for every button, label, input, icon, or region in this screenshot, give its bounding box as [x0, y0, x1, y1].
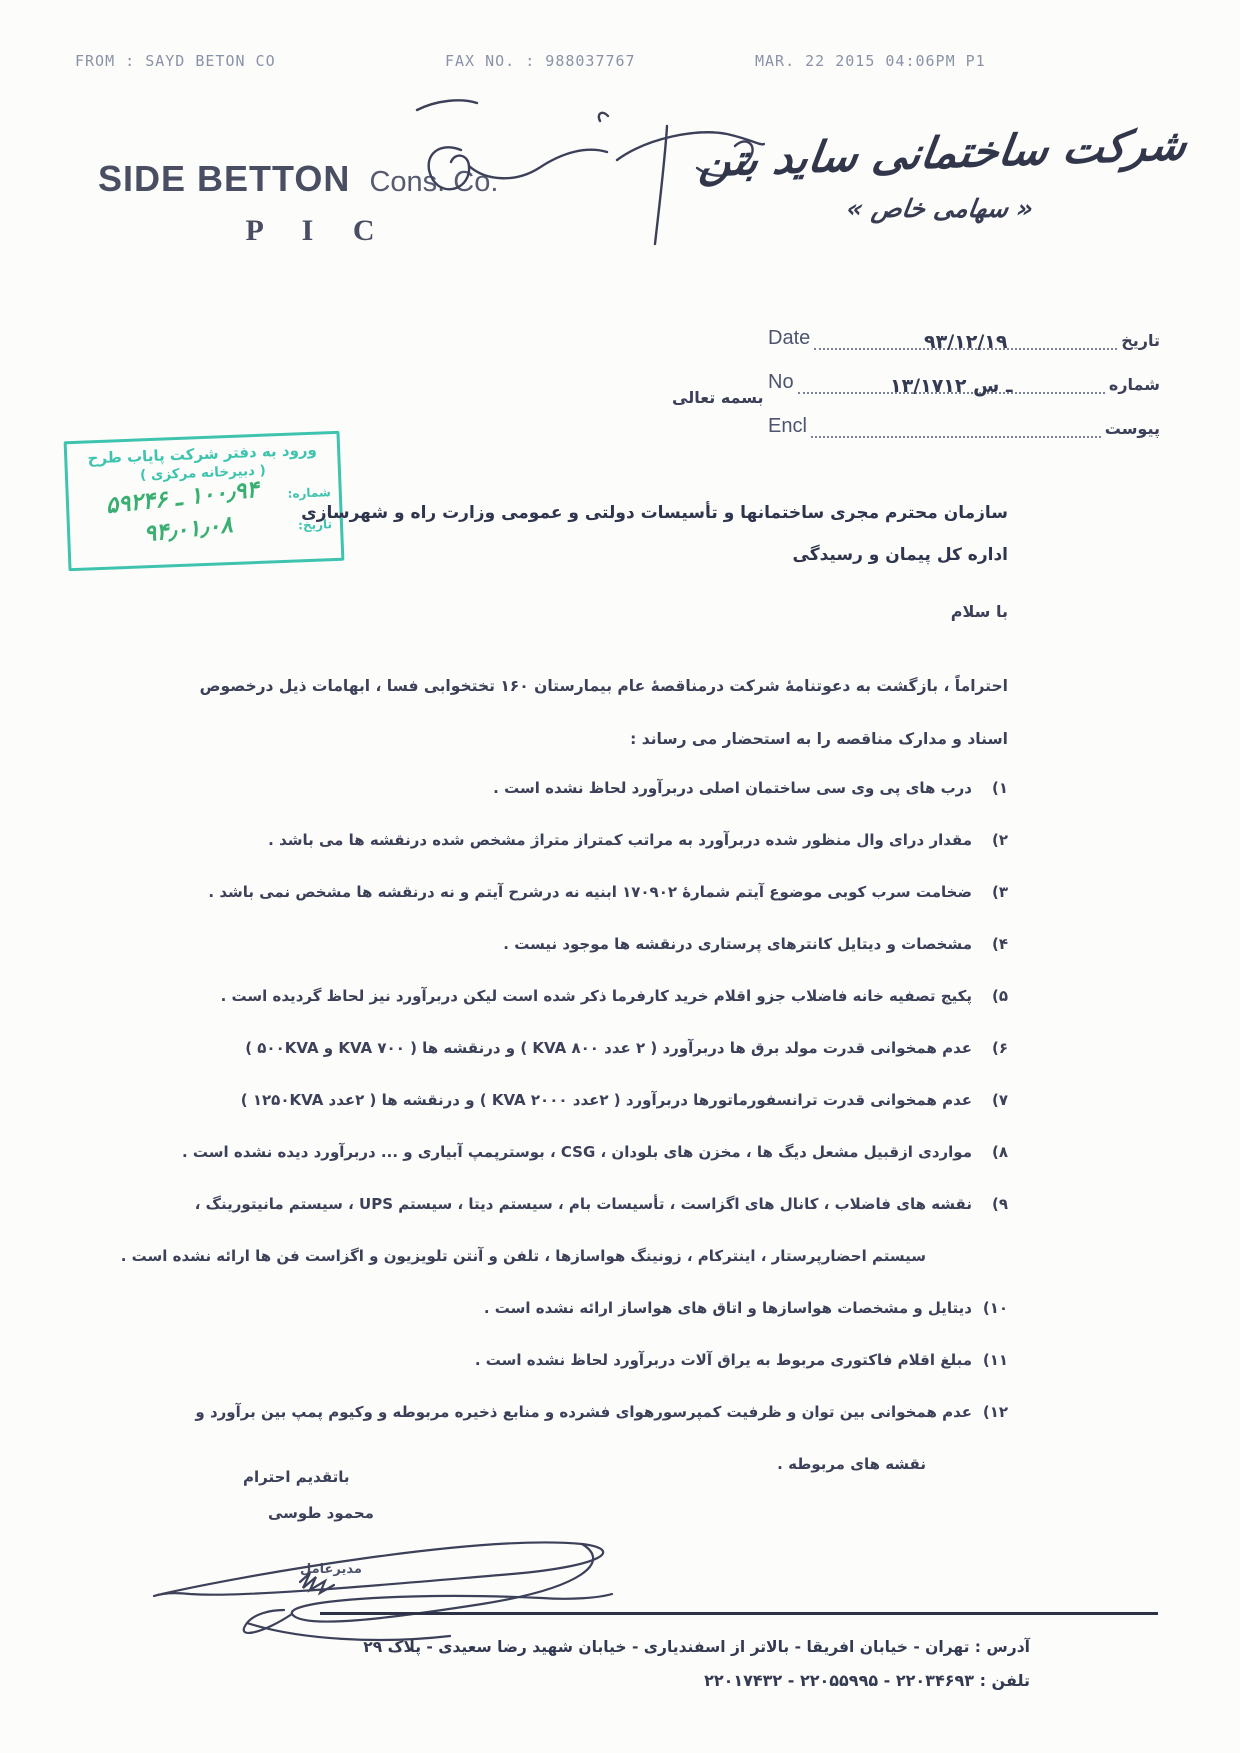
- list-item-line: مقدار درای وال منظور شده دربرآورد به مرا…: [185, 814, 972, 866]
- letter-meta-block: Date ۹۳/۱۲/۱۹ تاریخ No ۱۳/۱۷۱۲ ـ س شماره…: [768, 306, 1160, 438]
- meta-row-date: Date ۹۳/۱۲/۱۹ تاریخ: [768, 306, 1160, 350]
- list-item: ۲)مقدار درای وال منظور شده دربرآورد به م…: [185, 814, 1008, 866]
- list-item-number: ۱): [972, 762, 1008, 814]
- list-item-line: عدم همخوانی قدرت مولد برق ها دربرآورد ( …: [185, 1022, 972, 1074]
- list-item: ۱۱)مبلغ اقلام فاکتوری مربوط به یراق آلات…: [185, 1334, 1008, 1386]
- date-dotted-leader: ۹۳/۱۲/۱۹: [814, 327, 1117, 350]
- number-label-en: No: [768, 371, 794, 394]
- list-item-line: پکیج تصفیه خانه فاضلاب جزو اقلام خرید کا…: [185, 970, 972, 1022]
- list-item-number: ۵): [972, 970, 1008, 1022]
- encl-dotted-leader: [811, 436, 1101, 438]
- recipient-line-1: سازمان محترم مجری ساختمانها و تأسیسات دو…: [185, 492, 1008, 534]
- list-item-number: ۱۰): [972, 1282, 1008, 1334]
- closing-text: باتقدیم احترام: [243, 1468, 350, 1486]
- list-item-number: ۳): [972, 866, 1008, 918]
- list-item: ۱)درب های پی وی سی ساختمان اصلی دربرآورد…: [185, 762, 1008, 814]
- footer-address: آدرس : تهران - خیابان افریقا - بالاتر از…: [230, 1630, 1030, 1664]
- list-item-line: عدم همخوانی بین توان و ظرفیت کمپرسورهوای…: [185, 1386, 972, 1438]
- list-item-line: سیستم احضارپرستار ، اینترکام ، زونینگ هو…: [121, 1230, 972, 1282]
- list-item-number: ۷): [972, 1074, 1008, 1126]
- list-item-number: ۲): [972, 814, 1008, 866]
- date-value: ۹۳/۱۲/۱۹: [924, 331, 1007, 353]
- list-item-line: عدم همخوانی قدرت ترانسفورماتورها دربرآور…: [185, 1074, 972, 1126]
- list-item: ۶)عدم همخوانی قدرت مولد برق ها دربرآورد …: [185, 1022, 1008, 1074]
- company-name-en: SIDE BETTON: [98, 158, 350, 199]
- list-item: ۷)عدم همخوانی قدرت ترانسفورماتورها دربرآ…: [185, 1074, 1008, 1126]
- fax-timestamp-text: MAR. 22 2015 04:06PM P1: [755, 52, 986, 70]
- company-type-label: « سهامی خاص »: [733, 194, 1187, 223]
- list-item: ۵)پکیج تصفیه خانه فاضلاب جزو اقلام خرید …: [185, 970, 1008, 1022]
- footer-divider: [320, 1612, 1158, 1615]
- list-item-line: درب های پی وی سی ساختمان اصلی دربرآورد ل…: [185, 762, 972, 814]
- meta-row-number: No ۱۳/۱۷۱۲ ـ س شماره: [768, 350, 1160, 394]
- number-label-fa: شماره: [1109, 375, 1160, 394]
- list-item-number: ۱۱): [972, 1334, 1008, 1386]
- list-item-line: مبلغ اقلام فاکتوری مربوط به یراق آلات در…: [185, 1334, 972, 1386]
- list-item-line: ضخامت سرب کوبی موضوع آیتم شمارهٔ ۱۷۰۹۰۲ …: [185, 866, 972, 918]
- meta-row-encl: Encl پیوست: [768, 394, 1160, 438]
- list-item-number: ۹): [972, 1178, 1008, 1282]
- company-name-fa-calligraphy: شرکت ساختمانی ساید بتن: [730, 120, 1190, 186]
- fax-from-text: FROM : SAYD BETON CO: [75, 52, 276, 70]
- list-item: ۹)نقشه های فاضلاب ، کانال های اگزاست ، ت…: [185, 1178, 1008, 1282]
- list-item: ۳)ضخامت سرب کوبی موضوع آیتم شمارهٔ ۱۷۰۹۰…: [185, 866, 1008, 918]
- encl-label-fa: پیوست: [1105, 419, 1160, 438]
- signer-name: محمود طوسی: [268, 1504, 374, 1522]
- list-item-number: ۸): [972, 1126, 1008, 1178]
- intro-line-1: احتراماً ، بازگشت به دعوتنامهٔ شرکت درمن…: [185, 660, 1008, 713]
- list-item-number: ۴): [972, 918, 1008, 970]
- date-label-fa: تاریخ: [1121, 331, 1160, 350]
- number-value: ۱۳/۱۷۱۲ ـ س: [890, 375, 1012, 397]
- fax-number-text: FAX NO. : 988037767: [445, 52, 636, 70]
- scanned-letter-page: FROM : SAYD BETON CO FAX NO. : 988037767…: [0, 0, 1240, 1753]
- recipient-line-2: اداره کل پیمان و رسیدگی: [185, 534, 1008, 576]
- list-item-number: ۱۲): [972, 1386, 1008, 1490]
- number-dotted-leader: ۱۳/۱۷۱۲ ـ س: [798, 371, 1105, 394]
- letterhead-persian: شرکت ساختمانی ساید بتن « سهامی خاص »: [735, 128, 1185, 223]
- date-label-en: Date: [768, 327, 810, 350]
- list-item-line: مواردی ازقبیل مشعل دیگ ها ، مخزن های بلو…: [182, 1126, 972, 1178]
- list-item-line: دیتایل و مشخصات هواسازها و اتاق های هواس…: [185, 1282, 972, 1334]
- bismillah-text: بسمه تعالی: [672, 388, 764, 407]
- list-item: ۸)مواردی ازقبیل مشعل دیگ ها ، مخزن های ب…: [185, 1126, 1008, 1178]
- intro-paragraph: احتراماً ، بازگشت به دعوتنامهٔ شرکت درمن…: [185, 660, 1008, 766]
- items-list: ۱)درب های پی وی سی ساختمان اصلی دربرآورد…: [185, 762, 1008, 1490]
- recipient-block: سازمان محترم مجری ساختمانها و تأسیسات دو…: [185, 492, 1008, 576]
- list-item: ۱۰)دیتایل و مشخصات هواسازها و اتاق های ه…: [185, 1282, 1008, 1334]
- salutation-text: با سلام: [185, 602, 1008, 621]
- footer-block: آدرس : تهران - خیابان افریقا - بالاتر از…: [230, 1630, 1030, 1698]
- list-item-number: ۶): [972, 1022, 1008, 1074]
- list-item-line: مشخصات و دیتایل کانترهای پرستاری درنقشه …: [185, 918, 972, 970]
- list-item-line: نقشه های فاضلاب ، کانال های اگزاست ، تأس…: [121, 1178, 972, 1230]
- footer-phone: تلفن : ۲۲۰۳۴۶۹۳ - ۲۲۰۵۵۹۹۵ - ۲۲۰۱۷۴۳۲: [560, 1664, 1030, 1698]
- intro-line-2: اسناد و مدارک مناقصه را به استحضار می رس…: [185, 713, 1008, 766]
- list-item: ۴)مشخصات و دیتایل کانترهای پرستاری درنقش…: [185, 918, 1008, 970]
- encl-label-en: Encl: [768, 415, 807, 438]
